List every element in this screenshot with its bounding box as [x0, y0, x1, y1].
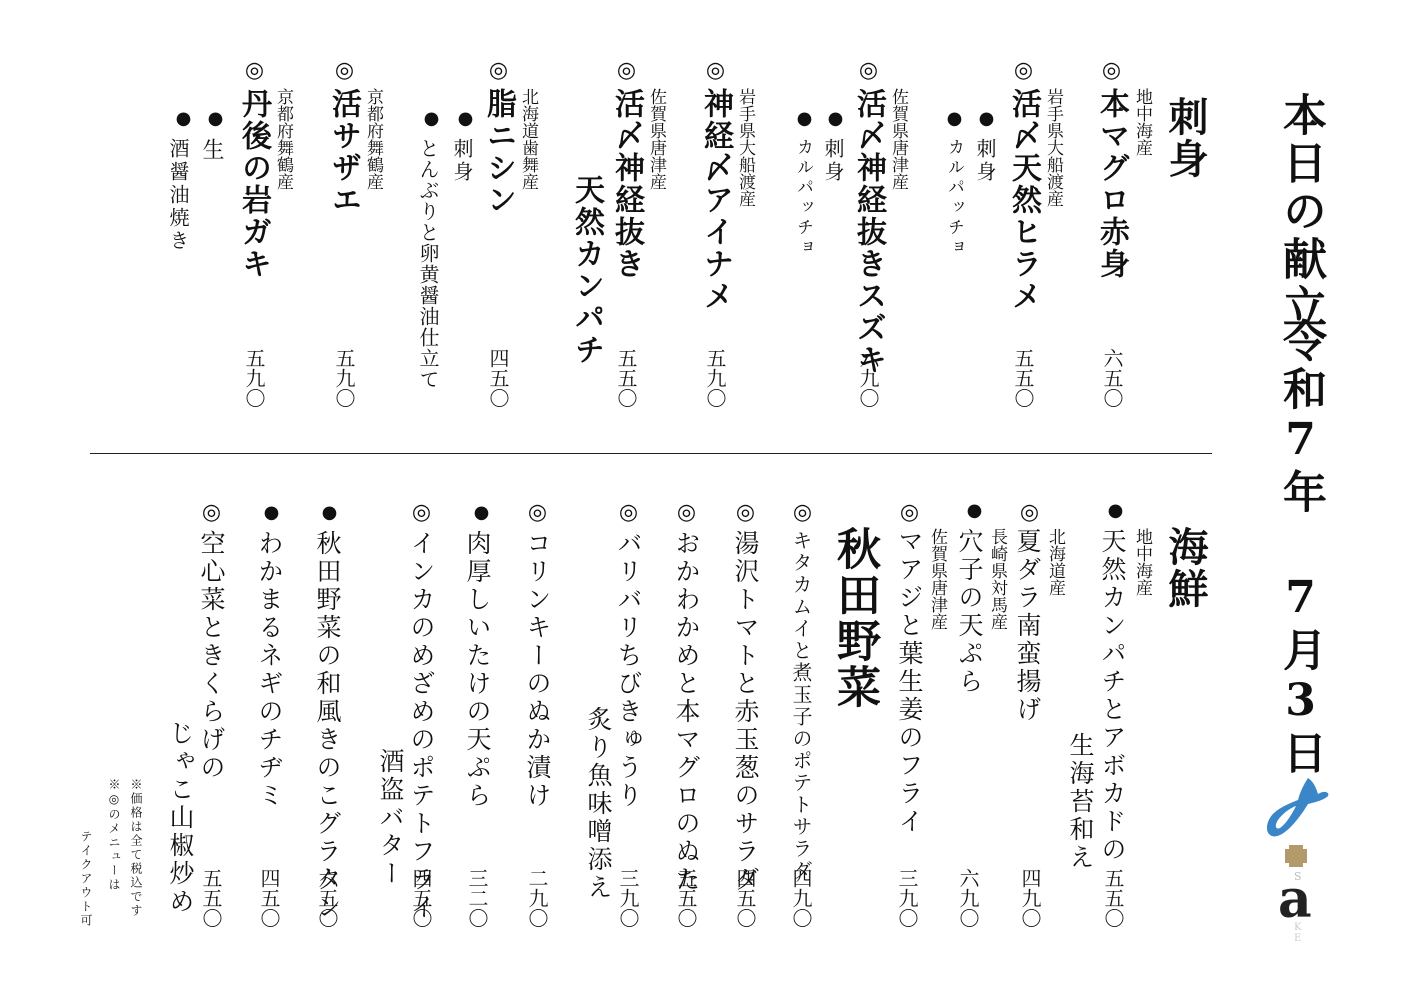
menu-item-name: 穴子の天ぷら [957, 528, 982, 696]
menu-item-price: 二九〇 [527, 868, 547, 928]
bullet-icon: ● [965, 500, 983, 521]
takeout-mark: ◎ [487, 58, 509, 83]
menu-item-name: 天然カンパチとアボカドの [1100, 528, 1125, 864]
takeout-mark: ◎ [704, 58, 726, 83]
note-takeout: ※◎のメニューは [108, 778, 120, 892]
shop-logo: S a KE [1258, 770, 1338, 950]
takeout-mark: ◎ [898, 500, 920, 525]
bullet-icon: ● [262, 502, 280, 523]
menu-item-name: 夏ダラ南蛮揚げ [1015, 528, 1040, 724]
menu-item-name: 神経〆アイナメ [700, 88, 730, 312]
origin-label: 佐賀県唐津産 [928, 528, 945, 630]
bullet-icon: ● [422, 108, 440, 129]
menu-item-name: キタカムイと煮玉子のポテトサラダ [791, 530, 811, 882]
bullet-icon: ● [174, 108, 192, 129]
menu-item-name: わかまるネギのチヂミ [257, 530, 282, 810]
bullet-icon: ● [977, 108, 995, 129]
menu-item-price: 四五〇 [259, 868, 279, 928]
logo-letter-a: a [1278, 874, 1312, 926]
menu-item-name: 空心菜ときくらげの [199, 530, 224, 782]
note-tax-included: ※価格は全て税込です [130, 778, 142, 918]
menu-item-name-line2: 天然カンパチ [571, 174, 601, 366]
origin-label: 京都府舞鶴産 [364, 88, 381, 190]
takeout-mark: ◎ [857, 58, 879, 83]
menu-item-name: 丹後の岩ガキ [238, 88, 268, 280]
origin-label: 岩手県大船渡産 [1044, 88, 1061, 207]
logo-letters-ke: KE [1294, 922, 1301, 944]
menu-item-name: おかわかめと本マグロのぬた [674, 530, 699, 894]
menu-item-name-line2: 炙り魚味噌添え [586, 706, 611, 902]
preparation-option: 生 [200, 138, 222, 163]
menu-item-price: 六五〇 [317, 868, 337, 928]
menu-item-price: 四五〇 [735, 868, 755, 928]
origin-label: 長崎県対馬産 [988, 528, 1005, 630]
takeout-mark: ◎ [333, 58, 355, 83]
menu-item-price: 四九〇 [1020, 868, 1040, 928]
takeout-mark: ◎ [1100, 58, 1122, 83]
preparation-option: カルパッチョ [794, 138, 811, 258]
menu-item-price: 五五〇 [616, 348, 636, 408]
takeout-mark: ◎ [410, 500, 432, 525]
bullet-icon: ● [826, 108, 844, 129]
bullet-icon: ● [320, 502, 338, 523]
menu-item-name: 湯沢トマトと赤玉葱のサラダ [733, 530, 758, 894]
origin-label: 地中海産 [1133, 88, 1150, 156]
origin-label: 京都府舞鶴産 [274, 88, 291, 190]
origin-label: 地中海産 [1133, 528, 1150, 596]
section-divider [90, 453, 1212, 454]
menu-item-name: 秋田野菜の和風きのこグラタン [315, 530, 340, 922]
menu-date: 令和7年 7月3日 [1278, 318, 1322, 778]
origin-label: 佐賀県唐津産 [647, 88, 664, 190]
section-heading-sashimi: 刺身 [1165, 96, 1205, 180]
takeout-mark: ◎ [1012, 58, 1034, 83]
menu-item-name-line2: 生海苔和え [1068, 732, 1093, 872]
takeout-mark: ◎ [791, 500, 813, 525]
menu-item-price: 五九〇 [244, 348, 264, 408]
menu-item-name: 肉厚しいたけの天ぷら [465, 530, 490, 810]
menu-item-name: 脂ニシン [483, 88, 513, 216]
preparation-option: 刺身 [975, 138, 995, 184]
note-takeout-line2: テイクアウト可 [80, 830, 92, 928]
menu-item-price: 六九〇 [958, 868, 978, 928]
preparation-option: 刺身 [452, 138, 472, 184]
menu-item-price: 五五〇 [1013, 348, 1033, 408]
menu-item-name: 活サザエ [328, 88, 358, 216]
menu-item-price: 三二〇 [467, 868, 487, 928]
menu-item-name: 活〆天然ヒラメ [1008, 88, 1038, 312]
takeout-mark: ◎ [243, 58, 265, 83]
takeout-mark: ◎ [526, 500, 548, 525]
menu-item-price: 四五〇 [488, 348, 508, 408]
bullet-icon: ● [945, 108, 963, 129]
bullet-icon: ● [795, 108, 813, 129]
menu-item-name: インカのめざめのポテトフライ [409, 530, 434, 922]
menu-item-price: 五五〇 [1103, 868, 1123, 928]
menu-item-price: 五九〇 [705, 348, 725, 408]
menu-item-name: コリンキーのぬか漬け [525, 530, 550, 810]
menu-item-price: 三九〇 [618, 868, 638, 928]
takeout-mark: ◎ [1018, 500, 1040, 525]
takeout-mark: ◎ [734, 500, 756, 525]
bullet-icon: ● [1106, 500, 1124, 521]
menu-item-price: 五五〇 [676, 868, 696, 928]
origin-label: 佐賀県唐津産 [889, 88, 906, 190]
origin-label: 岩手県大船渡産 [736, 88, 753, 207]
page-title: 本日の献立 [1278, 92, 1322, 332]
menu-item-name: 本マグロ赤身 [1096, 88, 1126, 280]
preparation-option: カルパッチョ [945, 138, 962, 258]
menu-item-price: 六九〇 [858, 348, 878, 408]
menu-item-name: バリバリちびきゅうり [616, 530, 641, 810]
takeout-mark: ◎ [617, 500, 639, 525]
menu-item-name: 活〆神経抜きスズキ [853, 88, 883, 376]
menu-item-price: 六五〇 [1102, 348, 1122, 408]
menu-item-name: 活〆神経抜き [611, 88, 641, 280]
takeout-mark: ◎ [615, 58, 637, 83]
preparation-option: 刺身 [823, 138, 843, 184]
section-heading-kaisen: 海鮮 [1165, 526, 1205, 610]
menu-item-name-line2: 酒盗バター [378, 748, 403, 888]
origin-label: 北海道産 [1046, 528, 1063, 596]
takeout-mark: ◎ [200, 500, 222, 525]
menu-item-price: 四五〇 [411, 868, 431, 928]
preparation-option: とんぶりと卵黄醤油仕立て [418, 138, 438, 390]
bullet-icon: ● [206, 108, 224, 129]
menu-item-price: 三九〇 [897, 868, 917, 928]
takeout-mark: ◎ [675, 500, 697, 525]
menu-item-price: 五九〇 [334, 348, 354, 408]
preparation-option: 酒醤油焼き [168, 138, 188, 253]
menu-item-price: 五五〇 [201, 868, 221, 928]
bullet-icon: ● [472, 502, 490, 523]
bullet-icon: ● [456, 108, 474, 129]
origin-label: 北海道歯舞産 [519, 88, 536, 190]
section-heading-akita-vegetables: 秋田野菜 [832, 526, 876, 710]
menu-item-price: 四九〇 [791, 868, 811, 928]
menu-item-name-line2: じゃこ山椒炒め [168, 720, 193, 916]
menu-item-name: マアジと葉生姜のフライ [897, 528, 922, 836]
